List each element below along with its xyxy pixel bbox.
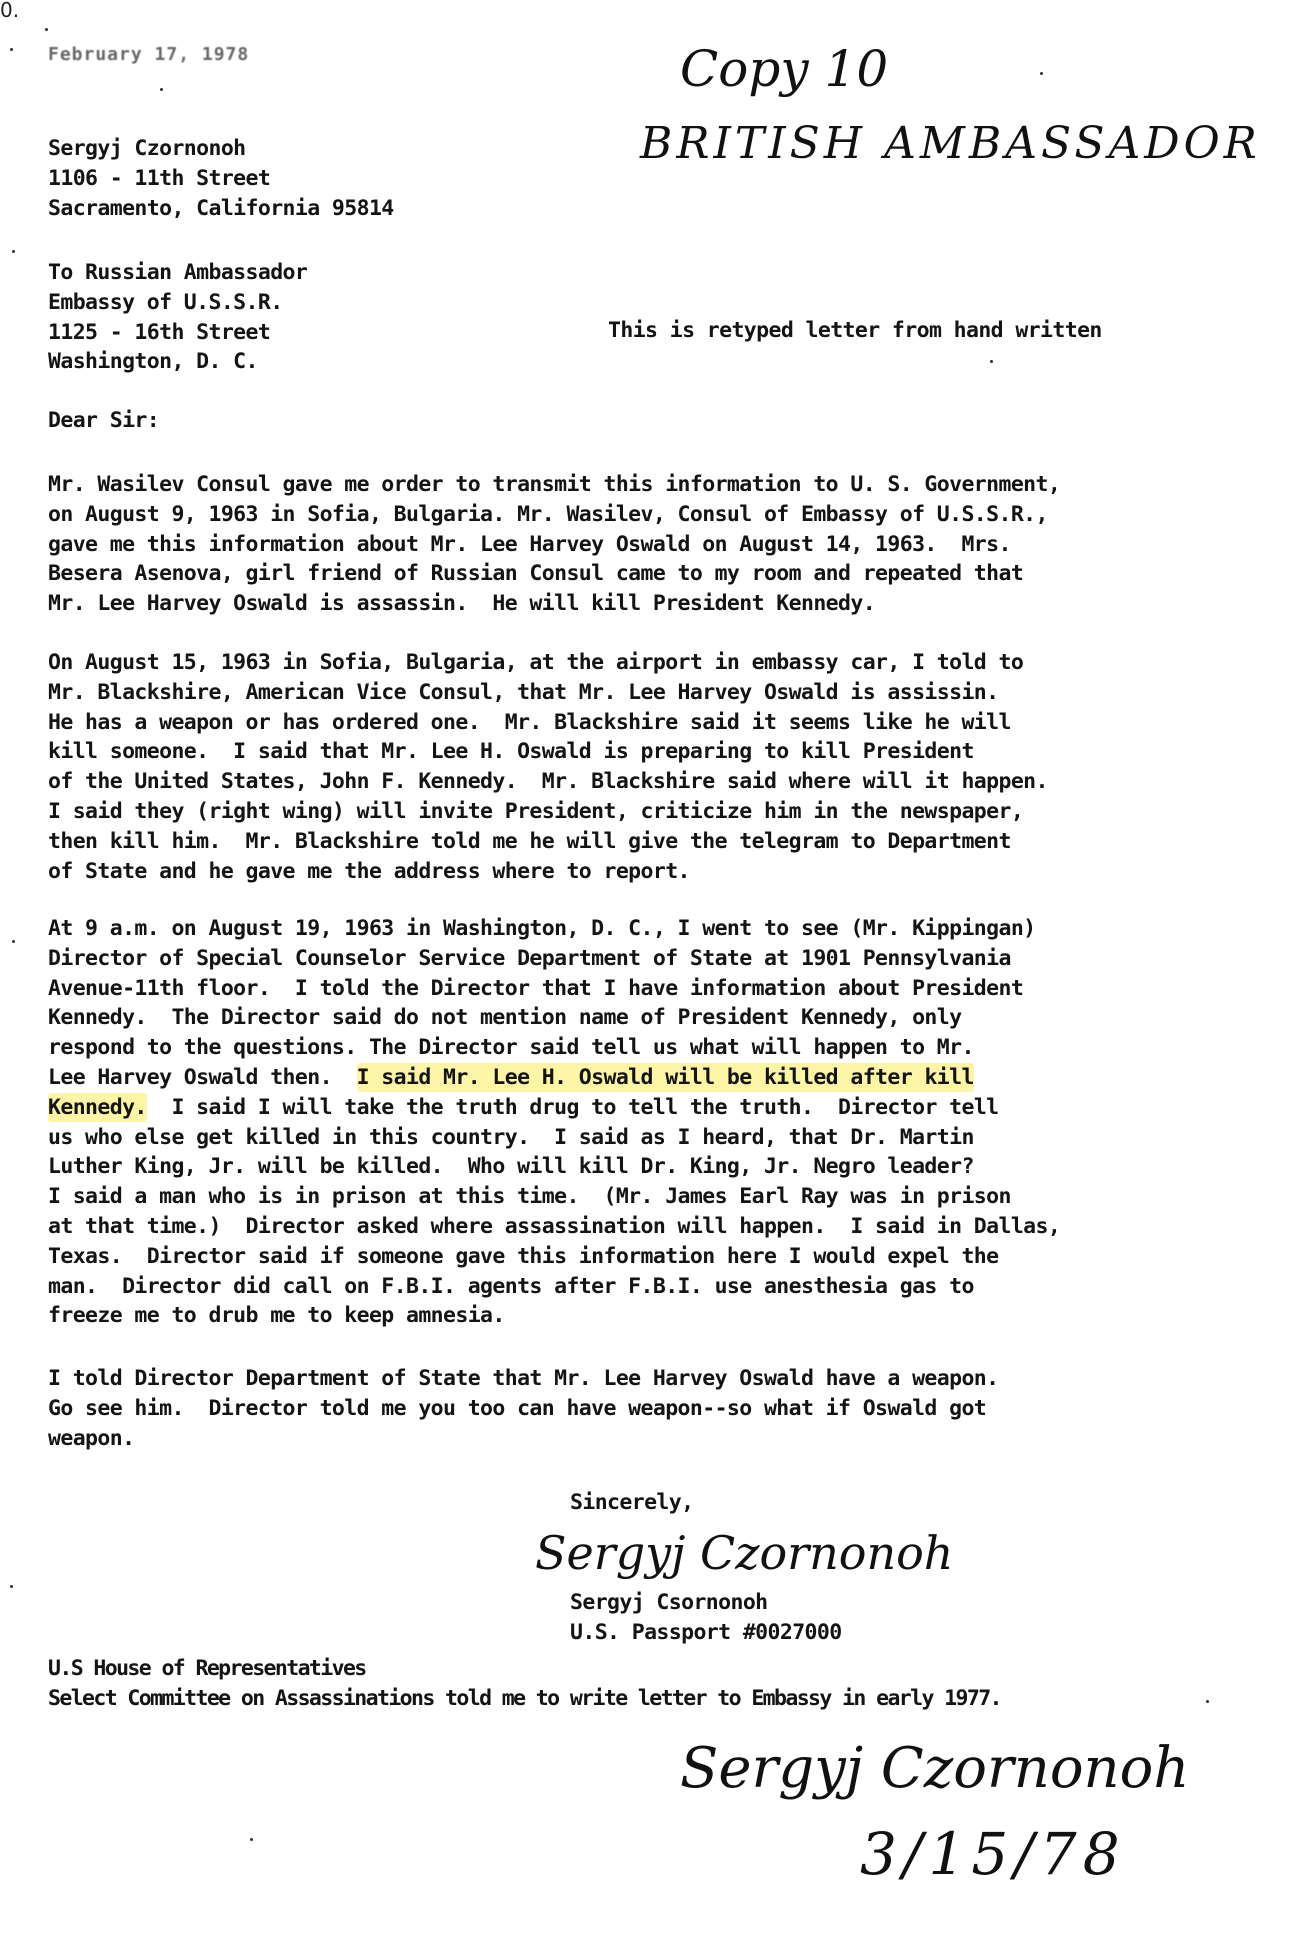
sender-street: 1106 - 11th Street (48, 164, 394, 194)
paragraph-line: Director of Special Counselor Service De… (48, 944, 1060, 974)
retyped-note: This is retyped letter from hand written (608, 318, 1102, 343)
speck (45, 28, 48, 31)
paragraph-line: Mr. Blackshire, American Vice Consul, th… (48, 678, 1048, 708)
signature: Sergyj Czornonoh (535, 1526, 953, 1580)
paragraph-line: Mr. Wasilev Consul gave me order to tran… (48, 470, 1060, 500)
footer-line-1: U.S House of Representatives (48, 1654, 1001, 1684)
recipient-line-1: To Russian Ambassador (48, 258, 307, 288)
paragraph-line: kill someone. I said that Mr. Lee H. Osw… (48, 737, 1048, 767)
recipient-address: To Russian Ambassador Embassy of U.S.S.R… (48, 258, 307, 377)
paragraph-line-with-highlight: Lee Harvey Oswald then. I said Mr. Lee H… (48, 1063, 1060, 1093)
paragraph-text: I said I will take the truth drug to tel… (147, 1095, 999, 1120)
paragraph-line: on August 9, 1963 in Sofia, Bulgaria. Mr… (48, 500, 1060, 530)
highlighted-text: I said Mr. Lee H. Oswald will be killed … (357, 1063, 974, 1092)
paragraph-line: At 9 a.m. on August 19, 1963 in Washingt… (48, 914, 1060, 944)
paragraph-line: Avenue-11th floor. I told the Director t… (48, 974, 1060, 1004)
paragraph-line: gave me this information about Mr. Lee H… (48, 530, 1060, 560)
handwritten-footer-signature: Sergyj Czornonoh (680, 1736, 1189, 1801)
faded-date-line: February 17, 1978 (48, 44, 249, 65)
paragraph-line: He has a weapon or has ordered one. Mr. … (48, 708, 1048, 738)
recipient-line-2: Embassy of U.S.S.R. (48, 288, 307, 318)
passport-number: U.S. Passport #0027000 (570, 1620, 842, 1645)
speck (10, 1585, 13, 1588)
handwritten-british-ambassador: BRITISH AMBASSADOR (640, 118, 1261, 169)
corner-mark: 0. (0, 0, 19, 22)
paragraph-line: Texas. Director said if someone gave thi… (48, 1242, 1060, 1272)
paragraph-line: I said they (right wing) will invite Pre… (48, 797, 1048, 827)
sender-address: Sergyj Czornonoh 1106 - 11th Street Sacr… (48, 134, 394, 223)
footer-line-2: Select Committee on Assassinations told … (48, 1684, 1001, 1714)
handwritten-copy-note: Copy 10 (680, 40, 888, 98)
paragraph-line: Go see him. Director told me you too can… (48, 1394, 999, 1424)
speck (250, 1838, 253, 1841)
recipient-line-4: Washington, D. C. (48, 347, 307, 377)
typed-name: Sergyj Csornonoh (570, 1590, 768, 1615)
footer-note: U.S House of Representatives Select Comm… (48, 1654, 1001, 1714)
paragraph-text: Lee Harvey Oswald then. (48, 1065, 357, 1090)
paragraph-line-with-highlight: Kennedy. I said I will take the truth dr… (48, 1093, 1060, 1123)
paragraph-1: Mr. Wasilev Consul gave me order to tran… (48, 470, 1060, 619)
highlighted-text: Kennedy. (48, 1093, 147, 1122)
paragraph-line: then kill him. Mr. Blackshire told me he… (48, 827, 1048, 857)
recipient-line-3: 1125 - 16th Street (48, 318, 307, 348)
sender-name: Sergyj Czornonoh (48, 134, 394, 164)
paragraph-2: On August 15, 1963 in Sofia, Bulgaria, a… (48, 648, 1048, 886)
speck (12, 940, 15, 943)
paragraph-line: man. Director did call on F.B.I. agents … (48, 1272, 1060, 1302)
handwritten-footer-date: 3/15/78 (860, 1820, 1126, 1888)
paragraph-line: Luther King, Jr. will be killed. Who wil… (48, 1152, 1060, 1182)
paragraph-line: Besera Asenova, girl friend of Russian C… (48, 559, 1060, 589)
paragraph-line: of the United States, John F. Kennedy. M… (48, 767, 1048, 797)
paragraph-line: of State and he gave me the address wher… (48, 857, 1048, 887)
paragraph-line: us who else get killed in this country. … (48, 1123, 1060, 1153)
paragraph-line: weapon. (48, 1424, 999, 1454)
paragraph-3: At 9 a.m. on August 19, 1963 in Washingt… (48, 914, 1060, 1331)
paragraph-line: On August 15, 1963 in Sofia, Bulgaria, a… (48, 648, 1048, 678)
speck (10, 48, 13, 51)
salutation: Dear Sir: (48, 408, 159, 433)
paragraph-line: at that time.) Director asked where assa… (48, 1212, 1060, 1242)
paragraph-line: respond to the questions. The Director s… (48, 1033, 1060, 1063)
paragraph-4: I told Director Department of State that… (48, 1364, 999, 1453)
speck (1206, 1700, 1209, 1703)
speck (990, 360, 993, 363)
sender-city: Sacramento, California 95814 (48, 194, 394, 224)
valediction: Sincerely, (570, 1490, 693, 1515)
speck (1040, 72, 1043, 75)
paragraph-line: I told Director Department of State that… (48, 1364, 999, 1394)
paragraph-line: Mr. Lee Harvey Oswald is assassin. He wi… (48, 589, 1060, 619)
speck (160, 88, 163, 91)
speck (12, 250, 15, 253)
paragraph-line: freeze me to drub me to keep amnesia. (48, 1301, 1060, 1331)
paragraph-line: I said a man who is in prison at this ti… (48, 1182, 1060, 1212)
paragraph-line: Kennedy. The Director said do not mentio… (48, 1003, 1060, 1033)
